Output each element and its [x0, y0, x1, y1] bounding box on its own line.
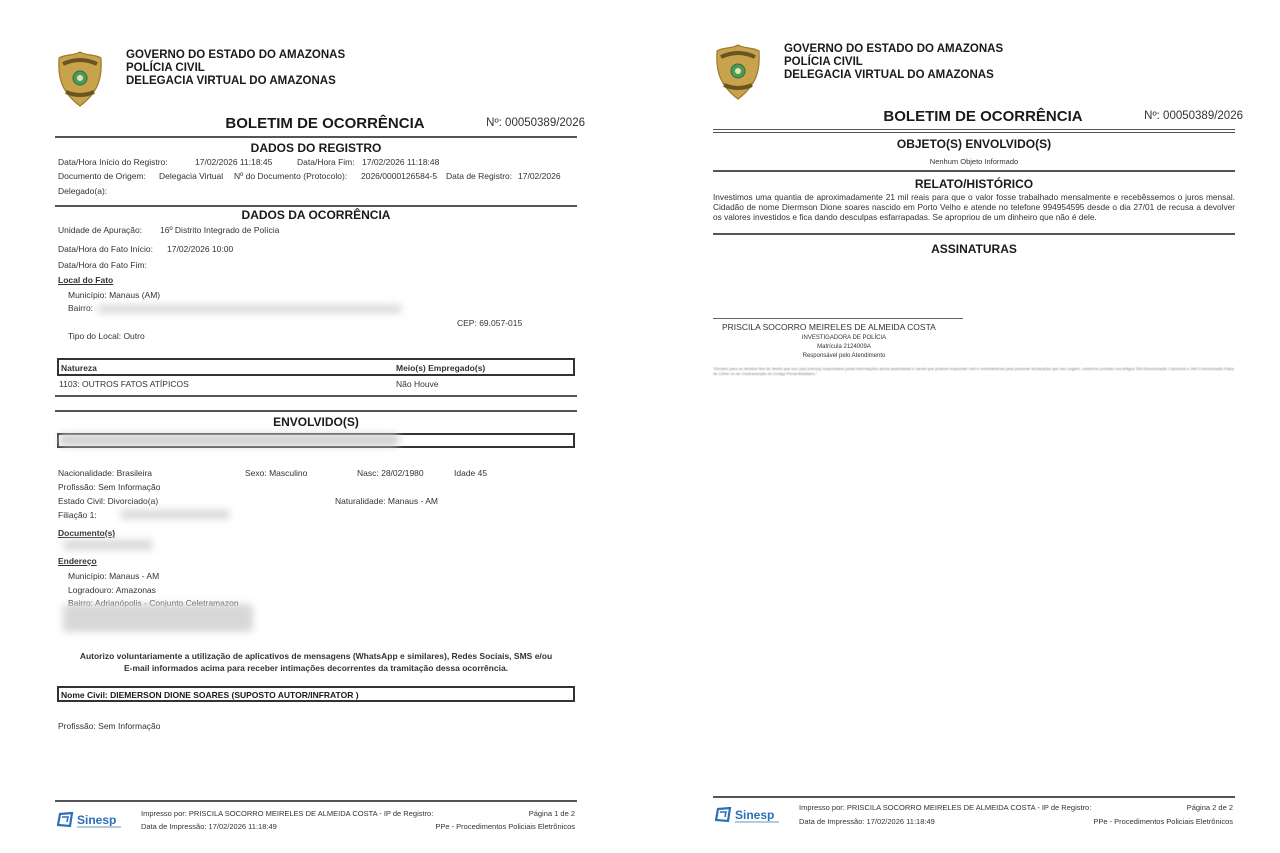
sinesp-logo: Sinesp	[57, 810, 127, 832]
objetos-value: Nenhum Objeto Informado	[713, 157, 1235, 166]
fato-inicio-value: 17/02/2026 10:00	[167, 244, 233, 254]
footer-page-number: Página 2 de 2	[1187, 803, 1233, 812]
signer-responsavel: Responsável pelo Atendimento	[713, 353, 975, 359]
section-dados-registro-heading: DADOS DO REGISTRO	[55, 141, 577, 155]
data-registro-value: 17/02/2026	[518, 171, 561, 181]
nome-civil: Nome Civil: DIEMERSON DIONE SOARES (SUPO…	[61, 690, 359, 700]
origem-value: Delegacia Virtual	[159, 171, 223, 181]
redacted-endereco	[63, 604, 253, 632]
header-institution: GOVERNO DO ESTADO DO AMAZONAS POLÍCIA CI…	[126, 49, 345, 88]
header-institution: GOVERNO DO ESTADO DO AMAZONAS POLÍCIA CI…	[784, 43, 1003, 82]
section-objetos-heading: OBJETO(S) ENVOLVIDO(S)	[713, 137, 1235, 151]
document-page-2: GOVERNO DO ESTADO DO AMAZONAS POLÍCIA CI…	[713, 0, 1253, 853]
redacted-address	[97, 305, 402, 313]
relato-text: Investimos uma quantia de aproximadament…	[713, 192, 1235, 222]
endereco-logradouro: Logradouro: Amazonas	[68, 585, 156, 595]
delegado-label: Delegado(a):	[58, 186, 107, 196]
fato-fim-label: Data/Hora do Fato Fim:	[58, 260, 147, 270]
header-line-2: POLÍCIA CIVIL	[784, 56, 1003, 69]
sinesp-logo-subtitle	[77, 826, 121, 828]
footer-data-impressao: Data de Impressão: 17/02/2026 11:18:49	[141, 822, 277, 831]
protocolo-value: 2026/0000126584-5	[361, 171, 437, 181]
envolvido-sexo: Sexo: Masculino	[245, 468, 307, 478]
section-assinaturas-heading: ASSINATURAS	[713, 242, 1235, 256]
autorizo-line-2: E-mail informados acima para receber int…	[55, 663, 577, 673]
sinesp-logo-text: Sinesp	[735, 808, 774, 822]
document-page-1: GOVERNO DO ESTADO DO AMAZONAS POLÍCIA CI…	[55, 0, 595, 853]
redacted-documentos	[63, 540, 153, 550]
protocolo-label: Nº do Documento (Protocolo):	[234, 171, 347, 181]
natureza-col-header: Natureza	[61, 363, 97, 373]
signature-line	[713, 318, 963, 319]
section-envolvidos-heading: ENVOLVIDO(S)	[55, 415, 577, 429]
divider	[713, 170, 1235, 172]
envolvido-estado-civil: Estado Civil: Divorciado(a)	[58, 496, 158, 506]
envolvido-nasc: Nasc: 28/02/1980	[357, 468, 424, 478]
unidade-value: 16º Distrito Integrado de Polícia	[160, 225, 279, 235]
footer-divider	[713, 796, 1235, 798]
footer-sistema: PPe - Procedimentos Policiais Eletrônico…	[435, 822, 575, 831]
footer-sistema: PPe - Procedimentos Policiais Eletrônico…	[1093, 817, 1233, 826]
divider	[713, 233, 1235, 235]
signer-matricula: Matrícula 2124009A	[713, 344, 975, 350]
sinesp-logo-icon	[715, 807, 733, 823]
registro-fim-label: Data/Hora Fim:	[297, 157, 355, 167]
bo-number: Nº: 00050389/2026	[486, 117, 585, 129]
footer-data-impressao: Data de Impressão: 17/02/2026 11:18:49	[799, 817, 935, 826]
footer-impresso-por: Impresso por: PRISCILA SOCORRO MEIRELES …	[799, 803, 1091, 812]
section-dados-ocorrencia-heading: DADOS DA OCORRÊNCIA	[55, 208, 577, 222]
envolvido-nacionalidade: Nacionalidade: Brasileira	[58, 468, 152, 478]
envolvido-naturalidade: Naturalidade: Manaus - AM	[335, 496, 438, 506]
header-line-3: DELEGACIA VIRTUAL DO AMAZONAS	[126, 75, 345, 88]
registro-inicio-label: Data/Hora Início do Registro:	[58, 157, 168, 167]
divider	[55, 395, 577, 397]
sinesp-logo: Sinesp	[715, 805, 785, 827]
meio-value: Não Houve	[396, 379, 439, 389]
sinesp-logo-icon	[57, 812, 75, 828]
envolvido-filiacao: Filiação 1:	[58, 510, 97, 520]
data-registro-label: Data de Registro:	[446, 171, 512, 181]
redacted-envolvido-name	[59, 434, 399, 446]
local-fato-heading: Local do Fato	[58, 275, 113, 285]
signer-name: PRISCILA SOCORRO MEIRELES DE ALMEIDA COS…	[722, 322, 936, 332]
declaracao-text: "Declaro para os devidos fins de direito…	[713, 366, 1235, 376]
local-tipo: Tipo do Local: Outro	[68, 331, 145, 341]
registro-fim-value: 17/02/2026 11:18:48	[362, 157, 439, 167]
local-bairro-label: Bairro:	[68, 303, 93, 313]
section-relato-heading: RELATO/HISTÓRICO	[713, 177, 1235, 191]
meio-col-header: Meio(s) Empregado(s)	[396, 363, 485, 373]
footer-impresso-por: Impresso por: PRISCILA SOCORRO MEIRELES …	[141, 809, 433, 818]
header-line-2: POLÍCIA CIVIL	[126, 62, 345, 75]
suspeito-profissao: Profissão: Sem Informação	[58, 721, 161, 731]
policia-civil-badge-icon	[57, 50, 103, 108]
bo-number: Nº: 00050389/2026	[1144, 110, 1243, 122]
endereco-heading: Endereço	[58, 556, 97, 566]
local-municipio: Município: Manaus (AM)	[68, 290, 160, 300]
footer-divider	[55, 800, 577, 802]
divider	[55, 410, 577, 412]
header-line-1: GOVERNO DO ESTADO DO AMAZONAS	[126, 49, 345, 62]
header-line-3: DELEGACIA VIRTUAL DO AMAZONAS	[784, 69, 1003, 82]
signer-role: INVESTIGADORA DE POLÍCIA	[713, 335, 975, 341]
sinesp-logo-subtitle	[735, 821, 779, 823]
local-cep: CEP: 69.057-015	[457, 318, 522, 328]
endereco-municipio: Município: Manaus - AM	[68, 571, 159, 581]
documentos-heading: Documento(s)	[58, 528, 115, 538]
footer-page-number: Página 1 de 2	[529, 809, 575, 818]
envolvido-idade: Idade 45	[454, 468, 487, 478]
origem-label: Documento de Origem:	[58, 171, 146, 181]
nome-civil-box: Nome Civil: DIEMERSON DIONE SOARES (SUPO…	[57, 686, 575, 702]
unidade-label: Unidade de Apuração:	[58, 225, 142, 235]
divider	[55, 205, 577, 207]
envolvido-profissao: Profissão: Sem Informação	[58, 482, 161, 492]
divider	[713, 129, 1235, 130]
redacted-filiacao	[120, 510, 230, 519]
autorizo-line-1: Autorizo voluntariamente a utilização de…	[55, 651, 577, 661]
divider	[55, 136, 577, 138]
natureza-value: 1103: OUTROS FATOS ATÍPICOS	[59, 379, 189, 389]
policia-civil-badge-icon	[715, 43, 761, 101]
sinesp-logo-text: Sinesp	[77, 813, 116, 827]
registro-inicio-value: 17/02/2026 11:18:45	[195, 157, 272, 167]
header-line-1: GOVERNO DO ESTADO DO AMAZONAS	[784, 43, 1003, 56]
natureza-table-header: Natureza Meio(s) Empregado(s)	[57, 358, 575, 376]
fato-inicio-label: Data/Hora do Fato Início:	[58, 244, 153, 254]
